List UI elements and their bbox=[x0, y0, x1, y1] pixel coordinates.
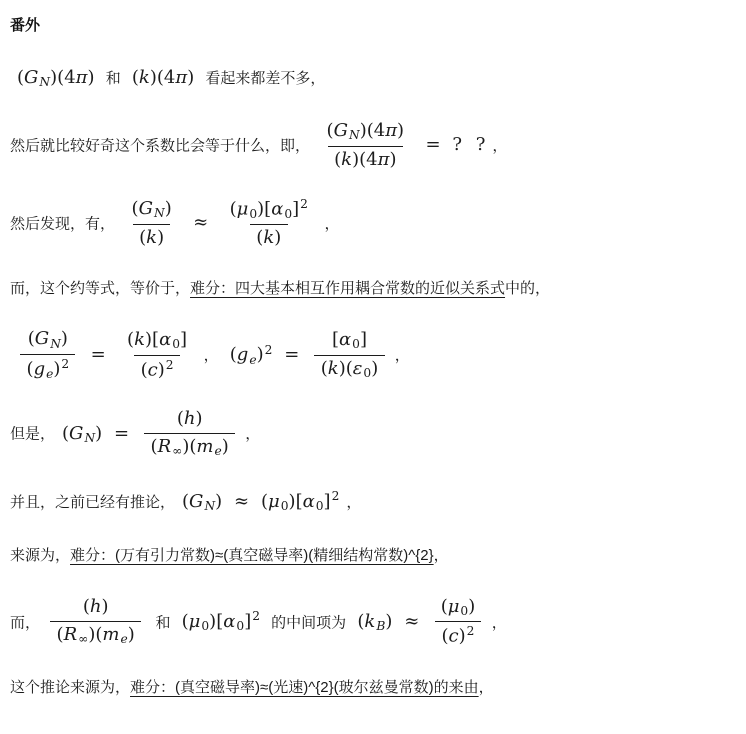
paragraph: 并且，之前已经有推论，(GN) ≈ (μ0)[α0]2， bbox=[10, 486, 734, 518]
inline-math: (GN) ≈ (μ0)[α0]2 bbox=[182, 491, 339, 512]
text-run: 并且，之前已经有推论， bbox=[10, 494, 175, 511]
inline-math: (h)(R∞)(me) bbox=[47, 611, 144, 632]
text-run: ， bbox=[395, 347, 410, 364]
text-run: 然后就比较好奇这个系数比会等于什么，即， bbox=[10, 137, 310, 154]
text-run: 和 bbox=[102, 70, 125, 87]
inline-math: (μ0)[α0]2 bbox=[182, 611, 260, 632]
text-run: 中的， bbox=[505, 280, 550, 297]
inline-math: (GN)(k) ≈ (μ0)[α0]2(k) bbox=[122, 212, 317, 233]
article: 番外 (GN)(4π) 和 (k)(4π) 看起来都差不多，然后就比较好奇这个系… bbox=[10, 14, 734, 701]
inline-math: (GN)(4π) bbox=[17, 67, 95, 88]
text-run: 而，这个约等式，等价于， bbox=[10, 280, 190, 297]
link-ref[interactable]: 难分：(万有引力常数)≈(真空磁导率)(精细结构常数)^{2} bbox=[70, 547, 434, 564]
text-run: 而， bbox=[10, 614, 40, 631]
inline-math: (kB) ≈ (μ0)(c)2 bbox=[357, 611, 484, 632]
text-run: ， bbox=[245, 426, 260, 443]
text-run: ， bbox=[204, 347, 223, 364]
fraction: (h)(R∞)(me) bbox=[144, 408, 235, 459]
inline-math: (GN)(4π)(k)(4π) = ? ? bbox=[317, 134, 485, 155]
fraction: (h)(R∞)(me) bbox=[50, 596, 141, 647]
paragraph: 然后就比较好奇这个系数比会等于什么，即，(GN)(4π)(k)(4π) = ? … bbox=[10, 120, 734, 171]
paragraph: 这个推论来源为，难分：(真空磁导率)≈(光速)^{2}(玻尔兹曼常数)的来由， bbox=[10, 675, 734, 701]
paragraph: (GN)(ge)2 = (k)[α0](c)2， (ge)2 = [α0](k)… bbox=[10, 328, 734, 382]
text-run: 但是， bbox=[10, 426, 55, 443]
text-run: ， bbox=[492, 137, 507, 154]
text-run: ， bbox=[492, 614, 507, 631]
fraction: (k)[α0](c)2 bbox=[121, 329, 194, 382]
inline-math: (k)(4π) bbox=[132, 67, 194, 88]
text-run: ， bbox=[479, 679, 494, 696]
inline-math: (GN)(ge)2 = (k)[α0](c)2 bbox=[17, 344, 197, 365]
link-ref[interactable]: 难分：(真空磁导率)≈(光速)^{2}(玻尔兹曼常数)的来由 bbox=[130, 679, 479, 696]
fraction: (GN)(4π)(k)(4π) bbox=[320, 120, 410, 171]
text-run: 看起来都差不多， bbox=[201, 70, 325, 87]
inline-math: (ge)2 = [α0](k)(ε0) bbox=[230, 344, 388, 365]
paragraph: 来源为，难分：(万有引力常数)≈(真空磁导率)(精细结构常数)^{2}， bbox=[10, 543, 734, 569]
text-run: 和 bbox=[151, 614, 174, 631]
text-run: 的中间项为 bbox=[267, 614, 350, 631]
text-run: 来源为， bbox=[10, 547, 70, 564]
fraction: (GN)(k) bbox=[125, 198, 178, 249]
article-body: (GN)(4π) 和 (k)(4π) 看起来都差不多，然后就比较好奇这个系数比会… bbox=[10, 62, 734, 701]
paragraph: (GN)(4π) 和 (k)(4π) 看起来都差不多， bbox=[10, 62, 734, 94]
fraction: (μ0)(c)2 bbox=[434, 596, 481, 649]
fraction: (GN)(ge)2 bbox=[20, 328, 75, 382]
fraction: (μ0)[α0]2(k) bbox=[223, 197, 314, 250]
page-heading: 番外 bbox=[10, 14, 734, 35]
paragraph: 但是，(GN) = (h)(R∞)(me)， bbox=[10, 408, 734, 459]
text-run: ， bbox=[434, 547, 449, 564]
text-run: ， bbox=[325, 215, 340, 232]
text-run: 这个推论来源为， bbox=[10, 679, 130, 696]
link-ref[interactable]: 难分：四大基本相互作用耦合常数的近似关系式 bbox=[190, 280, 505, 297]
paragraph: 然后发现，有，(GN)(k) ≈ (μ0)[α0]2(k)， bbox=[10, 197, 734, 250]
paragraph: 而，这个约等式，等价于，难分：四大基本相互作用耦合常数的近似关系式中的， bbox=[10, 276, 734, 302]
paragraph: 而，(h)(R∞)(me) 和 (μ0)[α0]2 的中间项为 (kB) ≈ (… bbox=[10, 596, 734, 649]
inline-math: (GN) = (h)(R∞)(me) bbox=[62, 423, 238, 444]
text-run: ， bbox=[346, 494, 361, 511]
text-run: 然后发现，有， bbox=[10, 215, 115, 232]
fraction: [α0](k)(ε0) bbox=[314, 329, 384, 381]
